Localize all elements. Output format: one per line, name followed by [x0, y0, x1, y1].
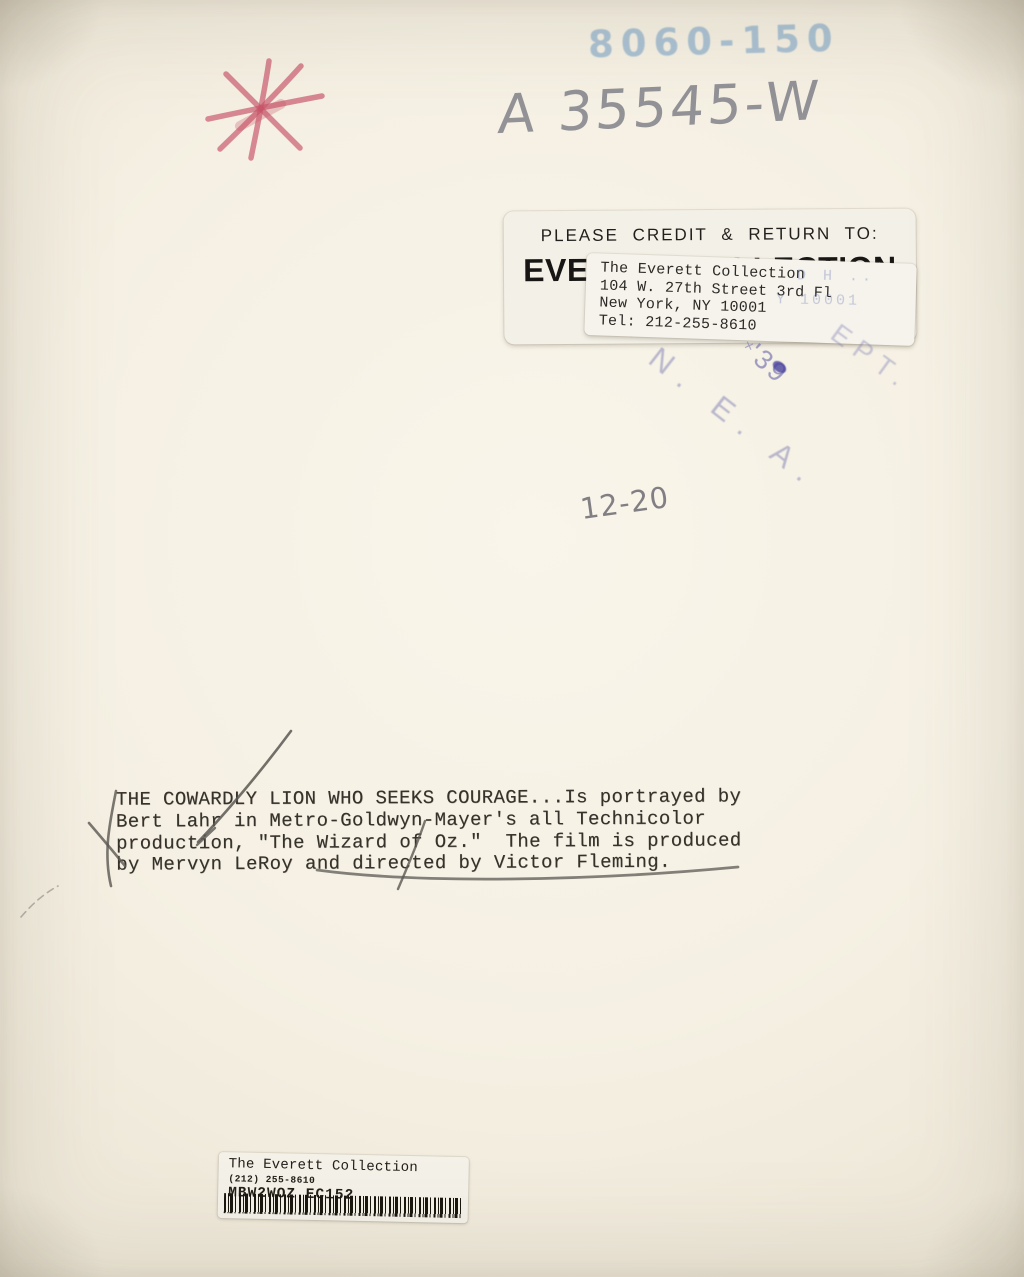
handwritten-date-code: 12-20 — [578, 480, 671, 526]
handwritten-id-number: A 35545-W — [496, 69, 823, 146]
typed-caption: THE COWARDLY LION WHO SEEKS COURAGE...Is… — [116, 786, 742, 876]
nea-agency-stamp: N. E. A. — [642, 340, 829, 497]
negative-number-stamp: 8060-150 — [587, 17, 840, 67]
ghost-stamp-fragment: D H .. — [797, 267, 875, 285]
photo-back-scan: 8060-150 A 35545-W PLEASE CREDIT & RETUR… — [0, 0, 1024, 1277]
handmade-marks-overlay — [0, 0, 1024, 1277]
red-crayon-asterisk — [208, 61, 322, 158]
address-label: The Everett Collection 104 W. 27th Stree… — [584, 253, 917, 346]
credit-label-header: PLEASE CREDIT & RETURN TO: — [504, 224, 916, 247]
barcode-label: The Everett Collection (212) 255-8610 MB… — [218, 1152, 469, 1223]
caption-line: by Mervyn LeRoy and directed by Victor F… — [116, 852, 742, 877]
ghost-stamp-fragment: Y 10001 — [776, 291, 860, 309]
barcode — [224, 1193, 462, 1218]
